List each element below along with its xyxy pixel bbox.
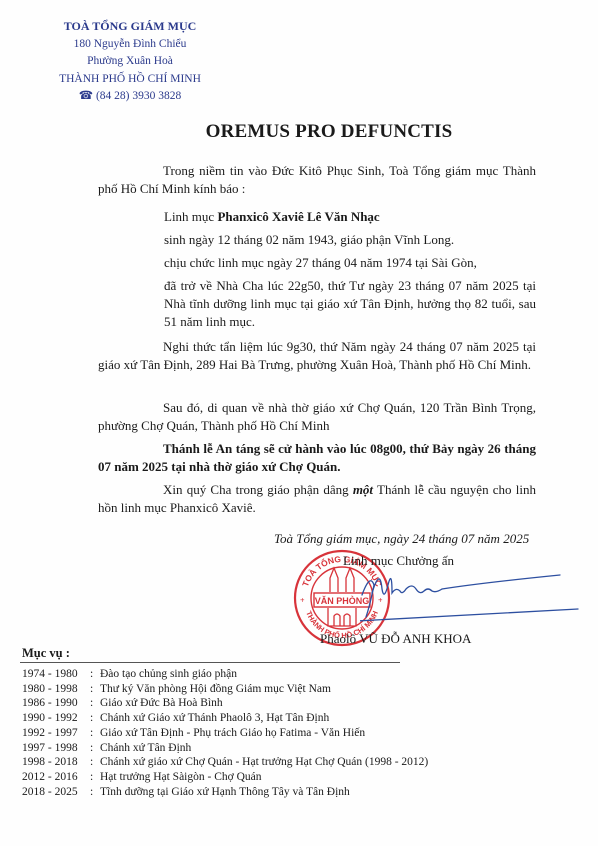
letterhead-phone: (84 28) 3930 3828 — [96, 90, 181, 102]
letterhead-city: THÀNH PHỐ HỒ CHÍ MINH — [40, 71, 220, 89]
duty-row: 1980 - 1998:Thư ký Văn phòng Hội đồng Gi… — [22, 682, 428, 697]
signatory-name: Phaolô VŨ ĐỖ ANH KHOA — [320, 631, 471, 647]
deceased-died: đã trở về Nhà Cha lúc 22g50, thứ Tư ngày… — [164, 277, 536, 331]
duties-divider — [20, 662, 400, 663]
duty-description: Chánh xứ Tân Định — [100, 741, 191, 756]
duty-years: 1986 - 1990 — [22, 696, 90, 711]
duty-years: 1992 - 1997 — [22, 726, 90, 741]
duty-description: Giáo xứ Đức Bà Hoà Bình — [100, 696, 223, 711]
duty-row: 1992 - 1997:Giáo xứ Tân Định - Phụ trách… — [22, 726, 428, 741]
deceased-name: Phanxicô Xaviê Lê Văn Nhạc — [217, 209, 379, 224]
page-title: OREMUS PRO DEFUNCTIS — [0, 121, 598, 143]
duty-separator: : — [90, 770, 100, 785]
duties-heading: Mục vụ : — [22, 646, 70, 661]
svg-text:+: + — [300, 596, 305, 605]
duty-description: Thư ký Văn phòng Hội đồng Giám mục Việt … — [100, 682, 331, 697]
letterhead-phone-line: ☎ (84 28) 3930 3828 — [40, 88, 220, 106]
request-emphasis: một — [353, 482, 373, 497]
duty-years: 1980 - 1998 — [22, 682, 90, 697]
duty-description: Hạt trưởng Hạt Sàigòn - Chợ Quán — [100, 770, 261, 785]
duty-separator: : — [90, 667, 100, 682]
duty-years: 2012 - 2016 — [22, 770, 90, 785]
phone-icon: ☎ — [79, 90, 93, 102]
duty-row: 1997 - 1998:Chánh xứ Tân Định — [22, 741, 428, 756]
request-before: Xin quý Cha trong giáo phận dâng — [163, 482, 353, 497]
duty-separator: : — [90, 726, 100, 741]
intro-paragraph: Trong niềm tin vào Đức Kitô Phục Sinh, T… — [98, 162, 536, 198]
duty-years: 1974 - 1980 — [22, 667, 90, 682]
duty-separator: : — [90, 682, 100, 697]
handwritten-signature — [360, 565, 580, 625]
duty-row: 1990 - 1992:Chánh xứ Giáo xứ Thánh Phaol… — [22, 711, 428, 726]
letterhead-ward: Phường Xuân Hoà — [40, 53, 220, 71]
wake-paragraph: Nghi thức tẩn liệm lúc 9g30, thứ Năm ngà… — [98, 338, 536, 374]
funeral-paragraph: Thánh lễ An táng sẽ cử hành vào lúc 08g0… — [98, 440, 536, 476]
request-paragraph: Xin quý Cha trong giáo phận dâng một Thá… — [98, 481, 536, 517]
deceased-prefix: Linh mục — [164, 209, 217, 224]
letterhead-address: 180 Nguyễn Đình Chiểu — [40, 36, 220, 54]
duty-row: 1998 - 2018:Chánh xứ giáo xứ Chợ Quán - … — [22, 755, 428, 770]
duty-separator: : — [90, 696, 100, 711]
duty-years: 1997 - 1998 — [22, 741, 90, 756]
duty-separator: : — [90, 711, 100, 726]
duty-separator: : — [90, 755, 100, 770]
duty-years: 1998 - 2018 — [22, 755, 90, 770]
duty-description: Đào tạo chủng sinh giáo phận — [100, 667, 237, 682]
duty-row: 2018 - 2025:Tĩnh dưỡng tại Giáo xứ Hạnh … — [22, 785, 428, 800]
deceased-name-line: Linh mục Phanxicô Xaviê Lê Văn Nhạc — [164, 208, 536, 226]
duty-years: 2018 - 2025 — [22, 785, 90, 800]
duty-separator: : — [90, 785, 100, 800]
duty-row: 1974 - 1980:Đào tạo chủng sinh giáo phận — [22, 667, 428, 682]
duty-description: Chánh xứ giáo xứ Chợ Quán - Hạt trưởng H… — [100, 755, 428, 770]
duty-row: 2012 - 2016:Hạt trưởng Hạt Sàigòn - Chợ … — [22, 770, 428, 785]
duty-description: Chánh xứ Giáo xứ Thánh Phaolô 3, Hạt Tân… — [100, 711, 329, 726]
duty-years: 1990 - 1992 — [22, 711, 90, 726]
duty-description: Tĩnh dưỡng tại Giáo xứ Hạnh Thông Tây và… — [100, 785, 350, 800]
duty-description: Giáo xứ Tân Định - Phụ trách Giáo họ Fat… — [100, 726, 365, 741]
duties-list: 1974 - 1980:Đào tạo chủng sinh giáo phận… — [22, 667, 428, 799]
signature-place-date: Toà Tổng giám mục, ngày 24 tháng 07 năm … — [274, 531, 529, 547]
letterhead-org: TOÀ TỔNG GIÁM MỤC — [40, 18, 220, 36]
deceased-ordained: chịu chức linh mục ngày 27 tháng 04 năm … — [164, 254, 536, 272]
duty-separator: : — [90, 741, 100, 756]
duty-row: 1986 - 1990:Giáo xứ Đức Bà Hoà Bình — [22, 696, 428, 711]
letterhead: TOÀ TỔNG GIÁM MỤC 180 Nguyễn Đình Chiểu … — [40, 18, 220, 106]
deceased-born: sinh ngày 12 tháng 02 năm 1943, giáo phậ… — [164, 231, 536, 249]
transfer-paragraph: Sau đó, di quan về nhà thờ giáo xứ Chợ Q… — [98, 399, 536, 435]
